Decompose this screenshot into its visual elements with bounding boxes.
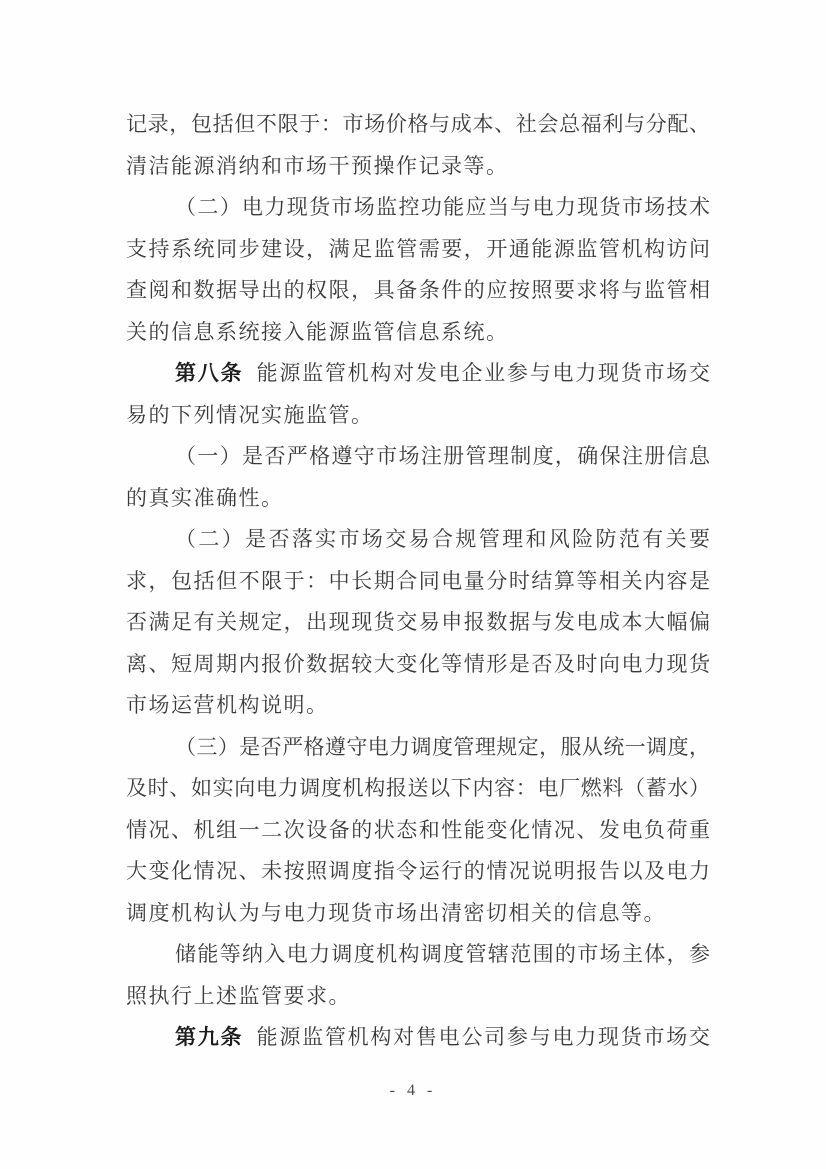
document-page: 记录，包括但不限于：市场价格与成本、社会总福利与分配、清洁能源消纳和市场干预操作… [0, 0, 826, 1169]
text-line: （三）是否严格遵守电力调度管理规定，服从统一调度， [126, 727, 710, 769]
text-line: 支持系统同步建设，满足监管需要，开通能源监管机构访问 [126, 229, 710, 271]
text-line: 求，包括但不限于：中长期合同电量分时结算等相关内容是 [126, 561, 710, 603]
text-line: 第九条能源监管机构对售电公司参与电力现货市场交 [126, 1017, 710, 1059]
text-line: （二）是否落实市场交易合规管理和风险防范有关要 [126, 519, 710, 561]
text-line: 大变化情况、未按照调度指令运行的情况说明报告以及电力 [126, 851, 710, 893]
text-line: 查阅和数据导出的权限，具备条件的应按照要求将与监管相 [126, 270, 710, 312]
document-body: 记录，包括但不限于：市场价格与成本、社会总福利与分配、清洁能源消纳和市场干预操作… [126, 104, 710, 1059]
text-line: 离、短周期内报价数据较大变化等情形是否及时向电力现货 [126, 644, 710, 686]
text-line: 否满足有关规定，出现现货交易申报数据与发电成本大幅偏 [126, 602, 710, 644]
text-line: 调度机构认为与电力现货市场出清密切相关的信息等。 [126, 893, 710, 935]
page-number: - 4 - [0, 1082, 826, 1100]
text-line: 市场运营机构说明。 [126, 685, 710, 727]
text-line: （一）是否严格遵守市场注册管理制度，确保注册信息 [126, 436, 710, 478]
text-line: 情况、机组一二次设备的状态和性能变化情况、发电负荷重 [126, 810, 710, 852]
article-number: 第八条 [175, 361, 243, 385]
line-text: 能源监管机构对售电公司参与电力现货市场交 [255, 1025, 710, 1049]
text-line: 第八条能源监管机构对发电企业参与电力现货市场交 [126, 353, 710, 395]
text-line: 清洁能源消纳和市场干预操作记录等。 [126, 146, 710, 188]
text-line: 及时、如实向电力调度机构报送以下内容：电厂燃料（蓄水） [126, 768, 710, 810]
line-text: 能源监管机构对发电企业参与电力现货市场交 [255, 361, 710, 385]
text-line: 记录，包括但不限于：市场价格与成本、社会总福利与分配、 [126, 104, 710, 146]
text-line: （二）电力现货市场监控功能应当与电力现货市场技术 [126, 187, 710, 229]
article-number: 第九条 [175, 1025, 243, 1049]
text-line: 储能等纳入电力调度机构调度管辖范围的市场主体，参 [126, 934, 710, 976]
text-line: 关的信息系统接入能源监管信息系统。 [126, 312, 710, 354]
text-line: 易的下列情况实施监管。 [126, 395, 710, 437]
text-line: 的真实准确性。 [126, 478, 710, 520]
text-line: 照执行上述监管要求。 [126, 976, 710, 1018]
